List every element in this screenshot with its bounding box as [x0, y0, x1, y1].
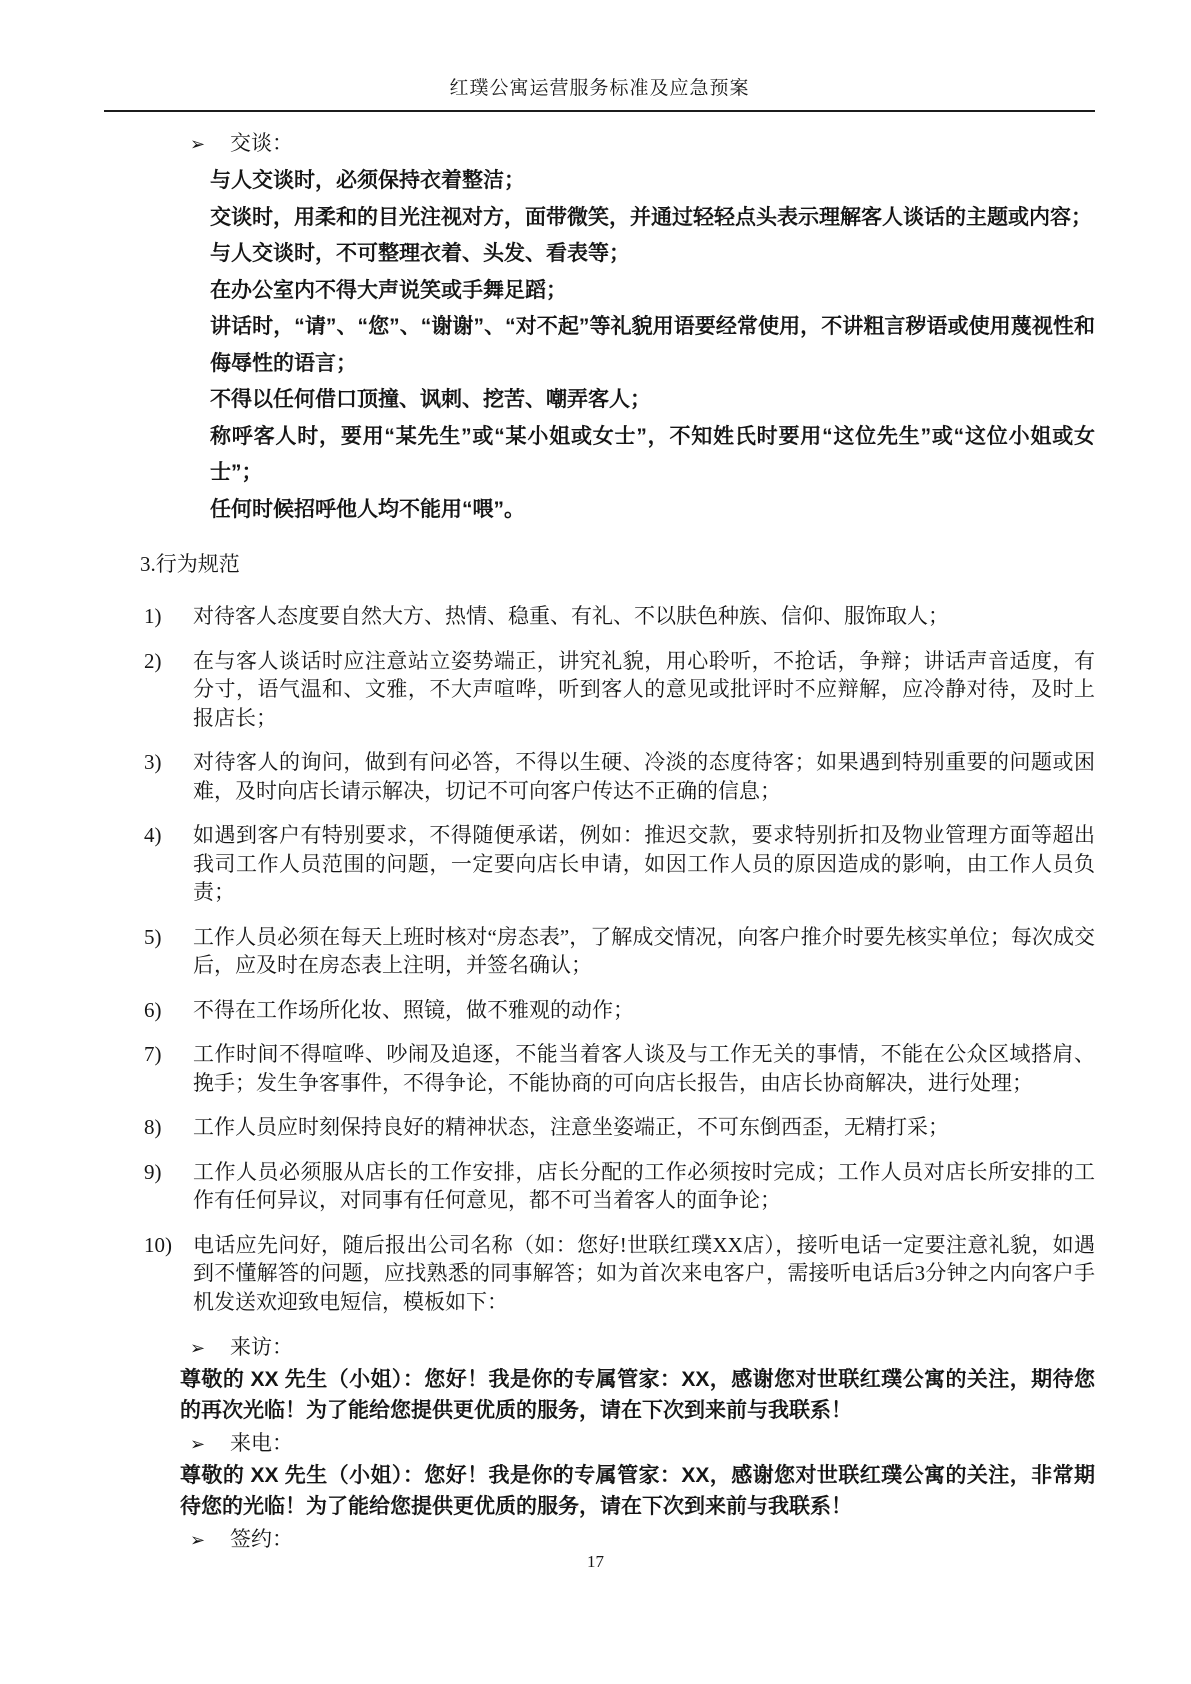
bullet-heading-call: ➢来电：: [190, 1428, 1095, 1460]
list-item-number: 9): [144, 1158, 162, 1187]
conduct-line: 在办公室内不得大声说笑或手舞足蹈；: [210, 273, 1095, 310]
conduct-line: 任何时候招呼他人均不能用“喂”。: [210, 492, 1095, 529]
list-item-text: 如遇到客户有特别要求，不得随便承诺，例如：推迟交款，要求特别折扣及物业管理方面等…: [193, 823, 1095, 904]
list-item-number: 3): [144, 748, 162, 777]
bullet-label: 交谈：: [230, 131, 293, 155]
list-item-text: 工作人员必须服从店长的工作安排，店长分配的工作必须按时完成；工作人员对店长所安排…: [193, 1160, 1095, 1213]
list-item-text: 对待客人态度要自然大方、热情、稳重、有礼、不以肤色种族、信仰、服饰取人；: [193, 604, 949, 628]
list-item-number: 10): [144, 1231, 172, 1260]
document-header: 红璞公寓运营服务标准及应急预案: [104, 75, 1095, 112]
bullet-heading-conversation: ➢交谈：: [190, 125, 1095, 163]
list-item: 5) 工作人员必须在每天上班时核对“房态表”，了解成交情况，向客户推介时要先核实…: [140, 923, 1095, 980]
conduct-line: 称呼客人时，要用“某先生”或“某小姐或女士”，不知姓氏时要用“这位先生”或“这位…: [210, 419, 1095, 492]
list-item: 4) 如遇到客户有特别要求，不得随便承诺，例如：推迟交款，要求特别折扣及物业管理…: [140, 821, 1095, 907]
arrow-bullet-icon: ➢: [190, 1333, 230, 1364]
list-item: 2) 在与客人谈话时应注意站立姿势端正，讲究礼貌，用心聆听，不抢话，争辩；讲话声…: [140, 647, 1095, 733]
conduct-line: 与人交谈时，不可整理衣着、头发、看表等；: [210, 236, 1095, 273]
bullet-heading-visit: ➢来访：: [190, 1332, 1095, 1364]
conduct-line: 交谈时，用柔和的目光注视对方，面带微笑，并通过轻轻点头表示理解客人谈话的主题或内…: [210, 200, 1095, 237]
document-title: 红璞公寓运营服务标准及应急预案: [449, 78, 749, 99]
list-item-number: 6): [144, 996, 162, 1025]
conduct-line: 讲话时，“请”、“您”、“谢谢”、“对不起”等礼貌用语要经常使用，不讲粗言秽语或…: [210, 309, 1095, 382]
sms-template-text: 尊敬的 XX 先生（小姐）：您好！我是你的专属管家：XX，感谢您对世联红璞公寓的…: [180, 1364, 1095, 1426]
list-item: 7) 工作时间不得喧哗、吵闹及追逐，不能当着客人谈及与工作无关的事情，不能在公众…: [140, 1040, 1095, 1097]
list-item: 6) 不得在工作场所化妆、照镜，做不雅观的动作；: [140, 996, 1095, 1025]
list-item-number: 7): [144, 1040, 162, 1069]
list-item-number: 5): [144, 923, 162, 952]
sms-template-call: ➢来电： 尊敬的 XX 先生（小姐）：您好！我是你的专属管家：XX，感谢您对世联…: [140, 1428, 1095, 1522]
list-item-number: 1): [144, 602, 162, 631]
list-item-number: 2): [144, 647, 162, 676]
list-item-text: 工作人员必须在每天上班时核对“房态表”，了解成交情况，向客户推介时要先核实单位；…: [193, 925, 1095, 978]
list-item-text: 电话应先问好，随后报出公司名称（如：您好!世联红璞XX店），接听电话一定要注意礼…: [193, 1233, 1095, 1314]
list-item-text: 对待客人的询问，做到有问必答，不得以生硬、冷淡的态度待客；如果遇到特别重要的问题…: [193, 750, 1095, 803]
list-item-text: 不得在工作场所化妆、照镜，做不雅观的动作；: [193, 998, 634, 1022]
conduct-line: 不得以任何借口顶撞、讽刺、挖苦、嘲弄客人；: [210, 382, 1095, 419]
list-item: 1) 对待客人态度要自然大方、热情、稳重、有礼、不以肤色种族、信仰、服饰取人；: [140, 602, 1095, 631]
bullet-label: 来访：: [230, 1335, 293, 1359]
bullet-label: 签约：: [230, 1527, 293, 1551]
arrow-bullet-icon: ➢: [190, 127, 230, 163]
document-body: ➢交谈： 与人交谈时，必须保持衣着整洁； 交谈时，用柔和的目光注视对方，面带微笑…: [140, 125, 1095, 1556]
list-item: 10) 电话应先问好，随后报出公司名称（如：您好!世联红璞XX店），接听电话一定…: [140, 1231, 1095, 1317]
document-page: 红璞公寓运营服务标准及应急预案 ➢交谈： 与人交谈时，必须保持衣着整洁； 交谈时…: [0, 0, 1191, 1684]
list-item: 8) 工作人员应时刻保持良好的精神状态，注意坐姿端正，不可东倒西歪，无精打采；: [140, 1113, 1095, 1142]
page-number: 17: [0, 1552, 1191, 1572]
conduct-line: 与人交谈时，必须保持衣着整洁；: [210, 163, 1095, 200]
list-item: 9) 工作人员必须服从店长的工作安排，店长分配的工作必须按时完成；工作人员对店长…: [140, 1158, 1095, 1215]
list-item-text: 在与客人谈话时应注意站立姿势端正，讲究礼貌，用心聆听，不抢话，争辩；讲话声音适度…: [193, 649, 1095, 730]
arrow-bullet-icon: ➢: [190, 1429, 230, 1460]
bullet-label: 来电：: [230, 1431, 293, 1455]
list-item-number: 8): [144, 1113, 162, 1142]
list-item: 3) 对待客人的询问，做到有问必答，不得以生硬、冷淡的态度待客；如果遇到特别重要…: [140, 748, 1095, 805]
list-item-number: 4): [144, 821, 162, 850]
sms-template-visit: ➢来访： 尊敬的 XX 先生（小姐）：您好！我是你的专属管家：XX，感谢您对世联…: [140, 1332, 1095, 1426]
list-item-text: 工作时间不得喧哗、吵闹及追逐，不能当着客人谈及与工作无关的事情，不能在公众区域搭…: [193, 1042, 1095, 1095]
section-heading: 3.行为规范: [140, 550, 1095, 578]
sms-template-text: 尊敬的 XX 先生（小姐）：您好！我是你的专属管家：XX，感谢您对世联红璞公寓的…: [180, 1460, 1095, 1522]
list-item-text: 工作人员应时刻保持良好的精神状态，注意坐姿端正，不可东倒西歪，无精打采；: [193, 1115, 949, 1139]
